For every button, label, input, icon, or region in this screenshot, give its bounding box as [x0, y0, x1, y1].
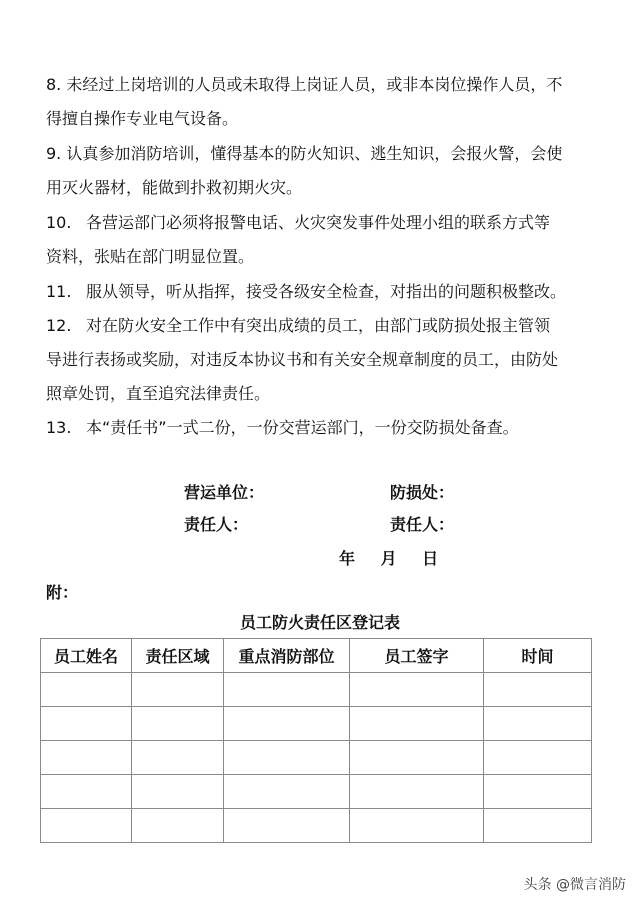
- header-responsible-area: 责任区域: [132, 639, 224, 673]
- clause-10-line-2: 资料，张贴在部门明显位置。: [46, 244, 254, 267]
- table-row: [41, 809, 592, 843]
- cell[interactable]: [224, 775, 350, 809]
- watermark: 头条 @微言消防: [524, 874, 626, 894]
- cell[interactable]: [224, 673, 350, 707]
- date-line: 年 月 日: [339, 546, 438, 569]
- header-employee-signature: 员工签字: [350, 639, 484, 673]
- cell[interactable]: [484, 775, 592, 809]
- table-row: [41, 707, 592, 741]
- table-row: [41, 741, 592, 775]
- cell[interactable]: [484, 809, 592, 843]
- table-row: [41, 775, 592, 809]
- clause-11-line-1: 11.服从领导，听从指挥，接受各级安全检查，对指出的问题积极整改。: [46, 279, 566, 302]
- cell[interactable]: [350, 707, 484, 741]
- cell[interactable]: [132, 775, 224, 809]
- table-row: [41, 673, 592, 707]
- cell[interactable]: [224, 707, 350, 741]
- table-title: 员工防火责任区登记表: [0, 610, 640, 633]
- cell[interactable]: [132, 673, 224, 707]
- loss-prevention-label: 防损处：: [390, 480, 454, 503]
- attachment-label: 附：: [46, 580, 78, 603]
- clause-12-line-3: 照章处罚，直至追究法律责任。: [46, 381, 270, 404]
- registration-table: 员工姓名 责任区域 重点消防部位 员工签字 时间: [40, 638, 592, 843]
- cell[interactable]: [132, 741, 224, 775]
- cell[interactable]: [224, 809, 350, 843]
- header-key-fire-location: 重点消防部位: [224, 639, 350, 673]
- clause-8-line-2: 得擅自操作专业电气设备。: [46, 106, 238, 129]
- cell[interactable]: [350, 673, 484, 707]
- cell[interactable]: [132, 707, 224, 741]
- cell[interactable]: [132, 809, 224, 843]
- clause-9-line-1: 9. 认真参加消防培训，懂得基本的防火知识、逃生知识，会报火警，会使: [46, 141, 562, 164]
- cell[interactable]: [484, 741, 592, 775]
- header-employee-name: 员工姓名: [41, 639, 132, 673]
- clause-8-line-1: 8. 未经过上岗培训的人员或未取得上岗证人员，或非本岗位操作人员，不: [46, 72, 562, 95]
- left-responsible-person-label: 责任人：: [184, 512, 248, 535]
- clause-12-line-1: 12.对在防火安全工作中有突出成绩的员工，由部门或防损处报主管领: [46, 313, 550, 336]
- cell[interactable]: [350, 809, 484, 843]
- cell[interactable]: [41, 673, 132, 707]
- cell[interactable]: [41, 809, 132, 843]
- clause-9-line-2: 用灭火器材，能做到扑救初期火灾。: [46, 175, 302, 198]
- clause-12-line-2: 导进行表扬或奖励，对违反本协议书和有关安全规章制度的员工，由防处: [46, 347, 558, 370]
- cell[interactable]: [41, 707, 132, 741]
- cell[interactable]: [350, 741, 484, 775]
- cell[interactable]: [41, 741, 132, 775]
- cell[interactable]: [41, 775, 132, 809]
- cell[interactable]: [484, 673, 592, 707]
- clause-13-line-1: 13.本“责任书”一式二份，一份交营运部门，一份交防损处备查。: [46, 415, 519, 438]
- clause-10-line-1: 10.各营运部门必须将报警电话、火灾突发事件处理小组的联系方式等: [46, 210, 550, 233]
- operating-unit-label: 营运单位：: [184, 480, 264, 503]
- header-time: 时间: [484, 639, 592, 673]
- table-header-row: 员工姓名 责任区域 重点消防部位 员工签字 时间: [41, 639, 592, 673]
- cell[interactable]: [224, 741, 350, 775]
- cell[interactable]: [484, 707, 592, 741]
- cell[interactable]: [350, 775, 484, 809]
- right-responsible-person-label: 责任人：: [390, 512, 454, 535]
